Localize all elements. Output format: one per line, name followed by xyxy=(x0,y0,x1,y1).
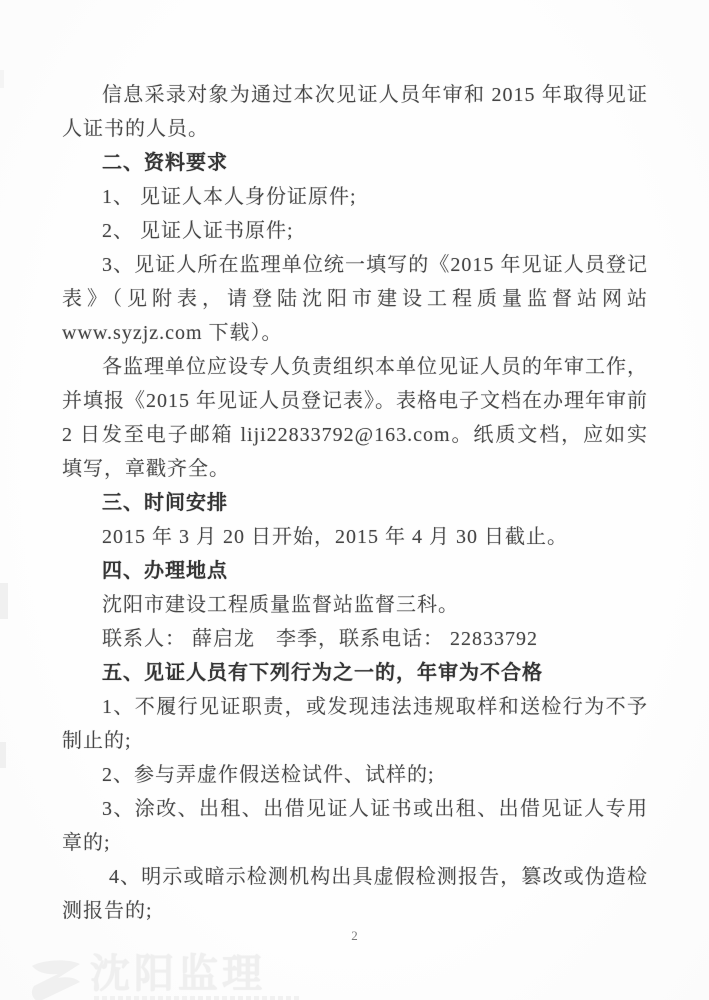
watermark-logo-icon xyxy=(28,958,84,1000)
list-item-materials-3: 3、见证人所在监理单位统一填写的《2015 年见证人员登记表》（见附表，请登陆沈… xyxy=(62,248,648,350)
scanner-watermark: 沈阳监理 xyxy=(28,954,302,1000)
list-item-violation-2: 2、参与弄虚作假送检试件、试样的; xyxy=(62,758,648,792)
list-item-violation-3: 3、涂改、出租、出借见证人证书或出租、出借见证人专用章的; xyxy=(62,792,648,860)
scan-artifact xyxy=(0,742,6,768)
list-item-materials-1: 1、 见证人本人身份证原件; xyxy=(62,180,648,214)
list-item-violation-1: 1、不履行见证职责，或发现违法违规取样和送检行为不予制止的; xyxy=(62,690,648,758)
paragraph-location: 沈阳市建设工程质量监督站监督三科。 xyxy=(62,588,648,622)
list-item-materials-2: 2、 见证人证书原件; xyxy=(62,214,648,248)
scan-artifact xyxy=(0,583,8,619)
watermark-subtext-bar xyxy=(94,996,302,1000)
page-number: 2 xyxy=(0,928,709,944)
document-body: 信息采录对象为通过本次见证人员年审和 2015 年取得见证人证书的人员。 二、资… xyxy=(62,78,648,928)
watermark-text-wrap: 沈阳监理 xyxy=(90,954,302,1000)
section-heading-4-location: 四、办理地点 xyxy=(62,554,648,588)
section-heading-2-materials: 二、资料要求 xyxy=(62,146,648,180)
paragraph-schedule-dates: 2015 年 3 月 20 日开始，2015 年 4 月 30 日截止。 xyxy=(62,520,648,554)
watermark-title: 沈阳监理 xyxy=(90,954,266,994)
list-item-violation-4: 4、明示或暗示检测机构出具虚假检测报告，篡改或伪造检测报告的; xyxy=(62,860,648,928)
paragraph-info-collection-scope: 信息采录对象为通过本次见证人员年审和 2015 年取得见证人证书的人员。 xyxy=(62,78,648,146)
scan-artifact xyxy=(0,70,4,88)
section-heading-3-schedule: 三、时间安排 xyxy=(62,486,648,520)
scanned-document-page: 信息采录对象为通过本次见证人员年审和 2015 年取得见证人证书的人员。 二、资… xyxy=(0,0,709,1000)
section-heading-5-disqualification: 五、见证人员有下列行为之一的，年审为不合格 xyxy=(62,656,648,690)
paragraph-unit-responsibility: 各监理单位应设专人负责组织本单位见证人员的年审工作，并填报《2015 年见证人员… xyxy=(62,350,648,486)
paragraph-contacts: 联系人： 薛启龙 李季，联系电话： 22833792 xyxy=(62,622,648,656)
